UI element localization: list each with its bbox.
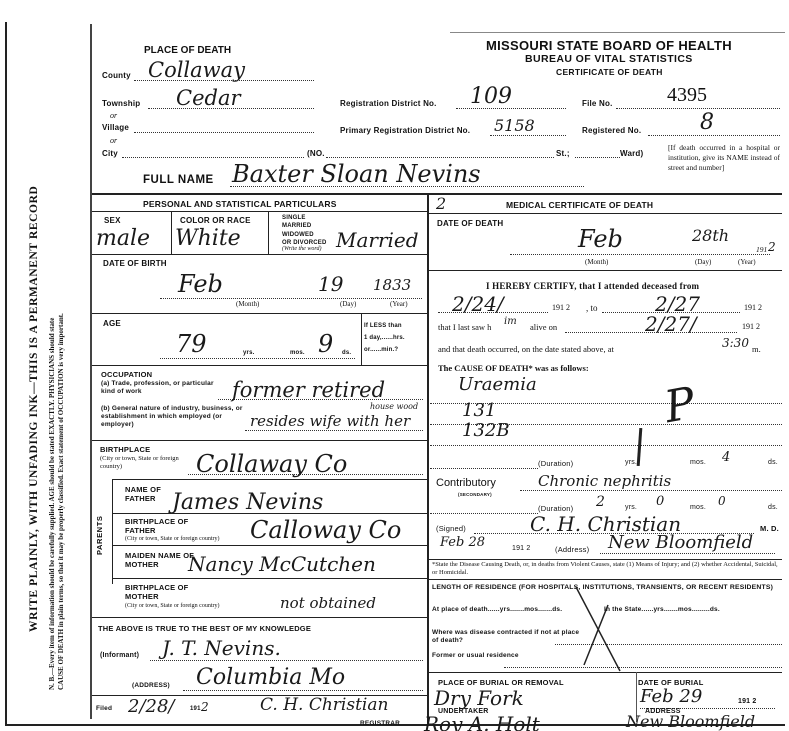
sex-value: male: [96, 226, 150, 251]
residence-in-state: In the State......yrs.......mos.........…: [604, 606, 780, 614]
less-than-day-field: If LESS than 1 day,......hrs. or......mi…: [364, 320, 405, 356]
age-years: 79: [176, 330, 207, 358]
inner-left-border: [90, 24, 92, 719]
occupation-label: OCCUPATION: [101, 370, 152, 379]
instructions-note-1: N. B.—Every item of information should b…: [48, 40, 56, 690]
full-name-value: Baxter Sloan Nevins: [232, 160, 481, 188]
registered-no-label: Registered No.: [582, 126, 641, 135]
mother-name-value: Nancy McCutchen: [188, 552, 376, 576]
dob-year: 1833: [373, 276, 411, 294]
father-name-value: James Nevins: [172, 490, 323, 515]
color-race-label: COLOR OR RACE: [180, 216, 251, 225]
marital-options: SINGLE MARRIED WIDOWED OR DIVORCED: [282, 214, 327, 247]
informant-address-value: Columbia Mo: [196, 665, 345, 690]
birthplace-label: BIRTHPLACE: [100, 445, 150, 454]
time-of-death: 3:30: [722, 336, 749, 350]
burial-place-value: Dry Fork: [434, 686, 524, 710]
marital-status-value: Married: [336, 228, 419, 252]
county-value: Collaway: [148, 58, 245, 82]
footnote: *State the Disease Causing Death, or, in…: [432, 561, 780, 577]
registered-no-value: 8: [700, 110, 714, 135]
duration-1-days: 4: [722, 450, 730, 465]
birthplace-value: Collaway Co: [196, 450, 347, 478]
sex-label: SEX: [104, 216, 121, 225]
registrar-label: REGISTRAR: [360, 720, 400, 727]
village-field: [134, 132, 314, 133]
death-day: 28th: [692, 226, 729, 245]
occupation-industry-value: resides wife with her: [250, 412, 410, 430]
file-no-label: File No.: [582, 99, 613, 108]
physician-address: New Bloomfield: [608, 532, 753, 553]
cause-line-3: 132B: [462, 420, 510, 441]
informant-value: J. T. Nevins.: [162, 636, 281, 660]
undertaker-value: Roy A. Holt: [424, 712, 540, 731]
parents-label: PARENTS: [95, 516, 104, 555]
dob-day: 19: [318, 272, 343, 296]
city-field: [122, 157, 304, 158]
informant-label: (Informant): [100, 652, 139, 659]
death-month: Feb: [578, 225, 623, 253]
age-days: 9: [318, 330, 333, 358]
contributory-value: Chronic nephritis: [538, 472, 671, 490]
medical-heading: MEDICAL CERTIFICATE OF DEATH: [506, 200, 653, 210]
knowledge-statement: THE ABOVE IS TRUE TO THE BEST OF MY KNOW…: [98, 624, 311, 633]
signed-date: Feb 28: [440, 535, 485, 550]
father-birthplace-label: BIRTHPLACE OF FATHER: [125, 518, 205, 535]
color-race-value: White: [175, 226, 241, 251]
cause-line-2: 131: [462, 400, 496, 421]
duration-2-days: 0: [718, 494, 726, 508]
contributory-label: Contributory: [436, 477, 496, 489]
certificate-title: CERTIFICATE OF DEATH: [556, 67, 663, 77]
outer-left-border: [5, 22, 7, 726]
board-title: MISSOURI STATE BOARD OF HEALTH: [486, 38, 732, 53]
registrar-signature: C. H. Christian: [260, 695, 388, 715]
x-strike-mark: [570, 585, 630, 675]
permanent-record-note: WRITE PLAINLY, WITH UNFADING INK—THIS IS…: [28, 186, 40, 632]
occupation-trade-value: former retired: [232, 378, 385, 402]
hospital-note: [If death occurred in a hospital or inst…: [668, 143, 780, 173]
informant-address-label: (ADDRESS): [132, 682, 170, 689]
cause-of-death-label: The CAUSE OF DEATH* was as follows:: [438, 363, 589, 373]
dob-month: Feb: [178, 270, 223, 298]
county-label: County: [102, 71, 131, 80]
duration-2-months: 0: [656, 494, 664, 509]
date-of-death-label: DATE OF DEATH: [437, 219, 503, 228]
full-name-label: FULL NAME: [143, 174, 214, 186]
filed-date: 2/28/: [128, 696, 175, 717]
dob-label: DATE OF BIRTH: [103, 259, 167, 268]
mother-birthplace-value: not obtained: [280, 594, 376, 612]
bureau-title: BUREAU OF VITAL STATISTICS: [525, 53, 693, 65]
former-residence-label: Former or usual residence: [432, 652, 522, 660]
village-label: Village: [102, 123, 129, 132]
age-label: AGE: [103, 319, 121, 328]
primary-district-value: 5158: [494, 116, 535, 135]
father-birthplace-value: Calloway Co: [250, 516, 401, 544]
disease-contracted-label: Where was disease contracted if not at p…: [432, 629, 582, 645]
pen-mark: [637, 428, 643, 466]
burial-date-value: Feb 29: [640, 686, 702, 707]
instructions-note-2: CAUSE OF DEATH in plain terms, so that i…: [57, 40, 65, 690]
registration-district-label: Registration District No.: [340, 99, 437, 108]
file-no-value: 4395: [667, 84, 707, 107]
residence-at-place: At place of death......yrs.......mos....…: [432, 606, 567, 614]
attended-from-date: 2/24/: [452, 292, 504, 316]
last-saw-date: 2/27/: [645, 312, 697, 336]
center-divider: [427, 193, 429, 723]
undertaker-address-value: New Bloomfield: [626, 712, 755, 731]
registration-district-value: 109: [470, 84, 512, 109]
place-of-death-heading: PLACE OF DEATH: [144, 45, 231, 56]
township-label: Township: [102, 99, 140, 108]
primary-district-label: Primary Registration District No.: [340, 126, 470, 135]
cause-line-1: Uraemia: [458, 374, 537, 395]
mother-birthplace-label: BIRTHPLACE OF MOTHER: [125, 584, 205, 601]
township-value: Cedar: [176, 86, 241, 110]
personal-heading: PERSONAL AND STATISTICAL PARTICULARS: [143, 199, 337, 209]
city-label: City: [102, 149, 118, 158]
top-rule: [450, 32, 785, 33]
duration-2-years: 2: [596, 494, 605, 510]
section-number: 2: [436, 194, 446, 213]
certify-statement: I HEREBY CERTIFY, that I attended deceas…: [486, 281, 699, 291]
filed-label: Filed: [96, 705, 112, 712]
